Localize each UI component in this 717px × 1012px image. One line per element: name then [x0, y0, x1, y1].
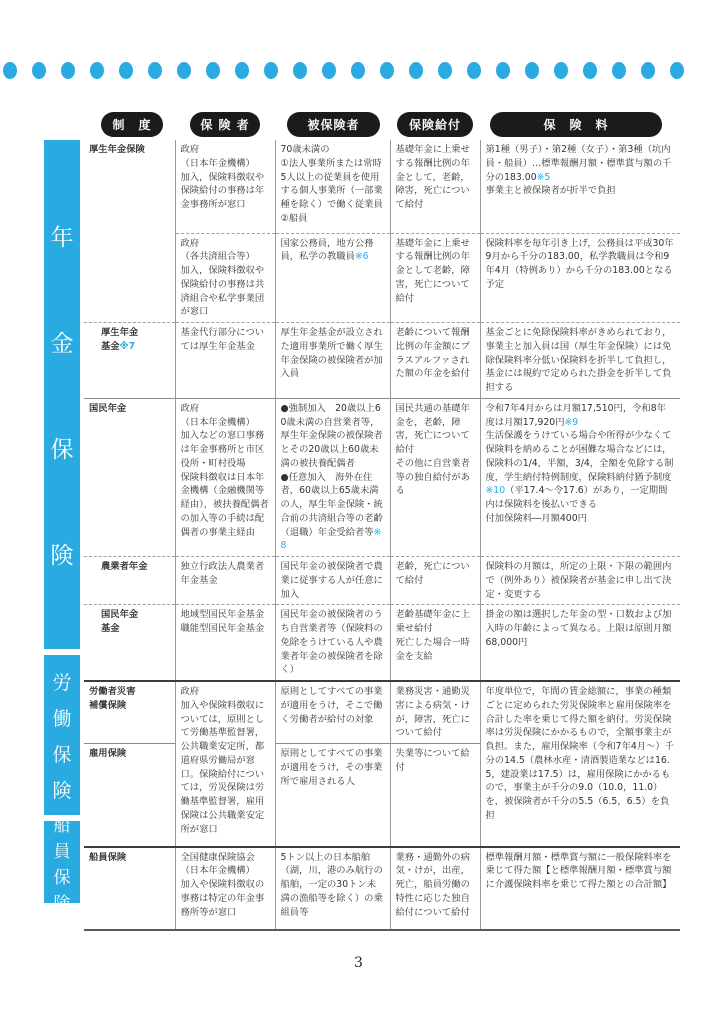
- dot-icon: [525, 62, 539, 79]
- note-marker: ※5: [537, 172, 551, 183]
- page-number: 3: [0, 955, 717, 971]
- cell-hokenryo: 第1種（男子）・第2種（女子）・第3種（坑内員・船員）…標準報酬月額・標準賞与額…: [480, 140, 680, 233]
- cell-hokenryo: 保険料の月額は，所定の上限・下限の範囲内で（例外あり）被保険者が基金に申し出て決…: [480, 557, 680, 605]
- section-label-char: 保: [54, 863, 71, 888]
- column-header-kyufu: 保険給付: [397, 112, 473, 137]
- dot-icon: [3, 62, 17, 79]
- dot-icon: [641, 62, 655, 79]
- section-label-char: 働: [52, 704, 71, 731]
- cell-kyufu: 失業等について給付: [390, 744, 480, 847]
- cell-hokensha: 基金代行部分については厚生年金基金: [175, 323, 275, 399]
- column-header-hokenryo: 保 険 料: [490, 112, 662, 137]
- note-marker: ※7: [120, 341, 136, 352]
- table-row: 船員保険 全国健康保険協会（日本年金機構）加入や保険料徴収の事務は特定の年金事務…: [84, 847, 680, 930]
- section-band-seamen: 船員保険: [44, 821, 80, 903]
- cell-hokensha: 独立行政法人農業者年金基金: [175, 557, 275, 605]
- dot-icon: [293, 62, 307, 79]
- note-marker: ※10: [486, 485, 506, 496]
- table-row: 厚生年金基金※7 基金代行部分については厚生年金基金 厚生年金基金が設立された適…: [84, 323, 680, 399]
- cell-hihokensha: ●強制加入 20歳以上60歳未満の自営業者等，厚生年金保険の被保険者とその20歳…: [275, 398, 390, 556]
- cell-hokensha: 政府（日本年金機構）加入，保険料徴収や保険給付の事務は年金事務所が窓口: [175, 140, 275, 233]
- dot-icon: [380, 62, 394, 79]
- note-marker: ※8: [281, 527, 382, 552]
- cell-kyufu: 基礎年金に上乗せする報酬比例の年金として老齢，障害，死亡について給付: [390, 233, 480, 323]
- cell-hokensha: 政府加入や保険料徴収については，原則として労働基準監督署，公共職業安定所，都道府…: [175, 681, 275, 847]
- cell-seido: 国民年金基金: [84, 605, 175, 681]
- note-marker: ※9: [565, 417, 579, 428]
- cell-kyufu: 老齢基礎年金に上乗せ給付死亡した場合一時金を支給: [390, 605, 480, 681]
- section-label-char: 年: [51, 219, 74, 252]
- cell-kyufu: 業務災害・通勤災害による病気・けが，障害，死亡について給付: [390, 681, 480, 744]
- cell-hihokensha: 5トン以上の日本船舶（湖，川，港のみ航行の船舶，一定の30トン未満の漁船等を除く…: [275, 847, 390, 930]
- dot-icon: [177, 62, 191, 79]
- dot-icon: [438, 62, 452, 79]
- dot-icon: [554, 62, 568, 79]
- cell-kyufu: 基礎年金に上乗せする報酬比例の年金として，老齢，障害，死亡について給付: [390, 140, 480, 233]
- cell-hokensha: 政府（各共済組合等）加入，保険料徴収や保険給付の事務は共済組合や私学事業団が窓口: [175, 233, 275, 323]
- section-label-char: 険: [51, 537, 74, 570]
- section-label-char: 金: [51, 325, 74, 358]
- column-header-hihokensha: 被保険者: [287, 112, 380, 137]
- cell-seido: 労働者災害補償保険: [84, 681, 175, 744]
- cell-hihokensha: 厚生年金基金が設立された適用事業所で働く厚生年金保険の被保険者が加入員: [275, 323, 390, 399]
- table-row: 国民年金基金 地域型国民年金基金職能型国民年金基金 国民年金の被保険者のうち自営…: [84, 605, 680, 681]
- cell-seido: 農業者年金: [84, 557, 175, 605]
- section-label-char: 員: [54, 837, 71, 862]
- cell-hokenryo: 標準報酬月額・標準賞与額に一般保険料率を乗じて得た額【と標準報酬月額・標準賞与額…: [480, 847, 680, 930]
- cell-hokenryo: 掛金の額は選択した年金の型・口数および加入時の年齢によって異なる。上限は原則月額…: [480, 605, 680, 681]
- cell-hokensha: 地域型国民年金基金職能型国民年金基金: [175, 605, 275, 681]
- cell-kyufu: 老齢について報酬比例の年金額にプラスアルファされた額の年金を給付: [390, 323, 480, 399]
- dot-icon: [583, 62, 597, 79]
- cell-hokenryo: 令和7年4月からは月額17,510円，令和8年度は月額17,920円※9生活保護…: [480, 398, 680, 556]
- cell-seido: 雇用保険: [84, 744, 175, 847]
- dot-icon: [612, 62, 626, 79]
- cell-hokenryo: 保険料率を毎年引き上げ，公務員は平成30年9月から千分の183.00，私学教職員…: [480, 233, 680, 323]
- cell-hihokensha: 国民年金の被保険者で農業に従事する人が任意に加入: [275, 557, 390, 605]
- note-marker: ※6: [355, 251, 369, 262]
- table-row: 厚生年金保険 政府（日本年金機構）加入，保険料徴収や保険給付の事務は年金事務所が…: [84, 140, 680, 233]
- dot-icon: [32, 62, 46, 79]
- cell-hihokensha: 70歳未満の①法人事業所または常時5人以上の従業員を使用する個人事業所（一部業種…: [275, 140, 390, 233]
- section-label-char: 険: [52, 776, 71, 803]
- dot-icon: [206, 62, 220, 79]
- cell-hokenryo: 基金ごとに免除保険料率がきめられており，事業主と加入員は国（厚生年金保険）には免…: [480, 323, 680, 399]
- insurance-table: 厚生年金保険 政府（日本年金機構）加入，保険料徴収や保険給付の事務は年金事務所が…: [84, 140, 680, 931]
- table-row: 労働者災害補償保険 政府加入や保険料徴収については，原則として労働基準監督署，公…: [84, 681, 680, 744]
- cell-seido: 厚生年金保険: [84, 140, 175, 323]
- section-band-labor: 労働保険: [44, 655, 80, 815]
- dot-icon: [119, 62, 133, 79]
- cell-kyufu: 老齢，死亡について給付: [390, 557, 480, 605]
- table-row: 国民年金 政府（日本年金機構）加入などの窓口事務は年金事務所と市区役所・町村役場…: [84, 398, 680, 556]
- cell-hokensha: 政府（日本年金機構）加入などの窓口事務は年金事務所と市区役所・町村役場保険料徴収…: [175, 398, 275, 556]
- column-header-hokensha: 保 険 者: [190, 112, 260, 137]
- dot-icon: [235, 62, 249, 79]
- dot-icon: [322, 62, 336, 79]
- cell-hokensha: 全国健康保険協会（日本年金機構）加入や保険料徴収の事務は特定の年金事務所等が窓口: [175, 847, 275, 930]
- cell-hokenryo: 年度単位で，年間の賃金総額に，事業の種類ごとに定められた労災保険率と雇用保険率を…: [480, 681, 680, 847]
- section-band-pension: 年金保険: [44, 140, 80, 649]
- section-label-char: 労: [52, 668, 71, 695]
- cell-hihokensha: 国家公務員，地方公務員，私学の教職員※6: [275, 233, 390, 323]
- cell-seido: 船員保険: [84, 847, 175, 930]
- dot-icon: [670, 62, 684, 79]
- cell-seido: 国民年金: [84, 398, 175, 556]
- column-header-seido: 制 度: [101, 112, 163, 137]
- section-label-char: 保: [51, 431, 74, 464]
- dot-icon: [90, 62, 104, 79]
- cell-kyufu: 業務・通勤外の病気・けが，出産，死亡，船員労働の特性に応じた独自給付について給付: [390, 847, 480, 930]
- cell-hihokensha: 原則としてすべての事業が適用をうけ，その事業所で雇用される人: [275, 744, 390, 847]
- dot-icon: [148, 62, 162, 79]
- cell-kyufu: 国民共通の基礎年金を，老齢，障害，死亡について給付その他に自営業者等の独自給付が…: [390, 398, 480, 556]
- section-label-char: 険: [54, 889, 71, 914]
- cell-hihokensha: 国民年金の被保険者のうち自営業者等（保険料の免除をうけている人や農業者年金の被保…: [275, 605, 390, 681]
- dot-icon: [61, 62, 75, 79]
- document-page: 制 度 保 険 者 被保険者 保険給付 保 険 料 年金保険 労働保険 船員保険…: [0, 0, 717, 1012]
- section-label-char: 船: [54, 811, 71, 836]
- dots-row: [3, 62, 684, 79]
- section-label-char: 保: [52, 740, 71, 767]
- cell-seido: 厚生年金基金※7: [84, 323, 175, 399]
- dot-icon: [351, 62, 365, 79]
- dot-icon: [467, 62, 481, 79]
- table-row: 農業者年金 独立行政法人農業者年金基金 国民年金の被保険者で農業に従事する人が任…: [84, 557, 680, 605]
- dot-icon: [409, 62, 423, 79]
- dot-icon: [496, 62, 510, 79]
- cell-hihokensha: 原則としてすべての事業が適用をうけ，そこで働く労働者が給付の対象: [275, 681, 390, 744]
- dot-icon: [264, 62, 278, 79]
